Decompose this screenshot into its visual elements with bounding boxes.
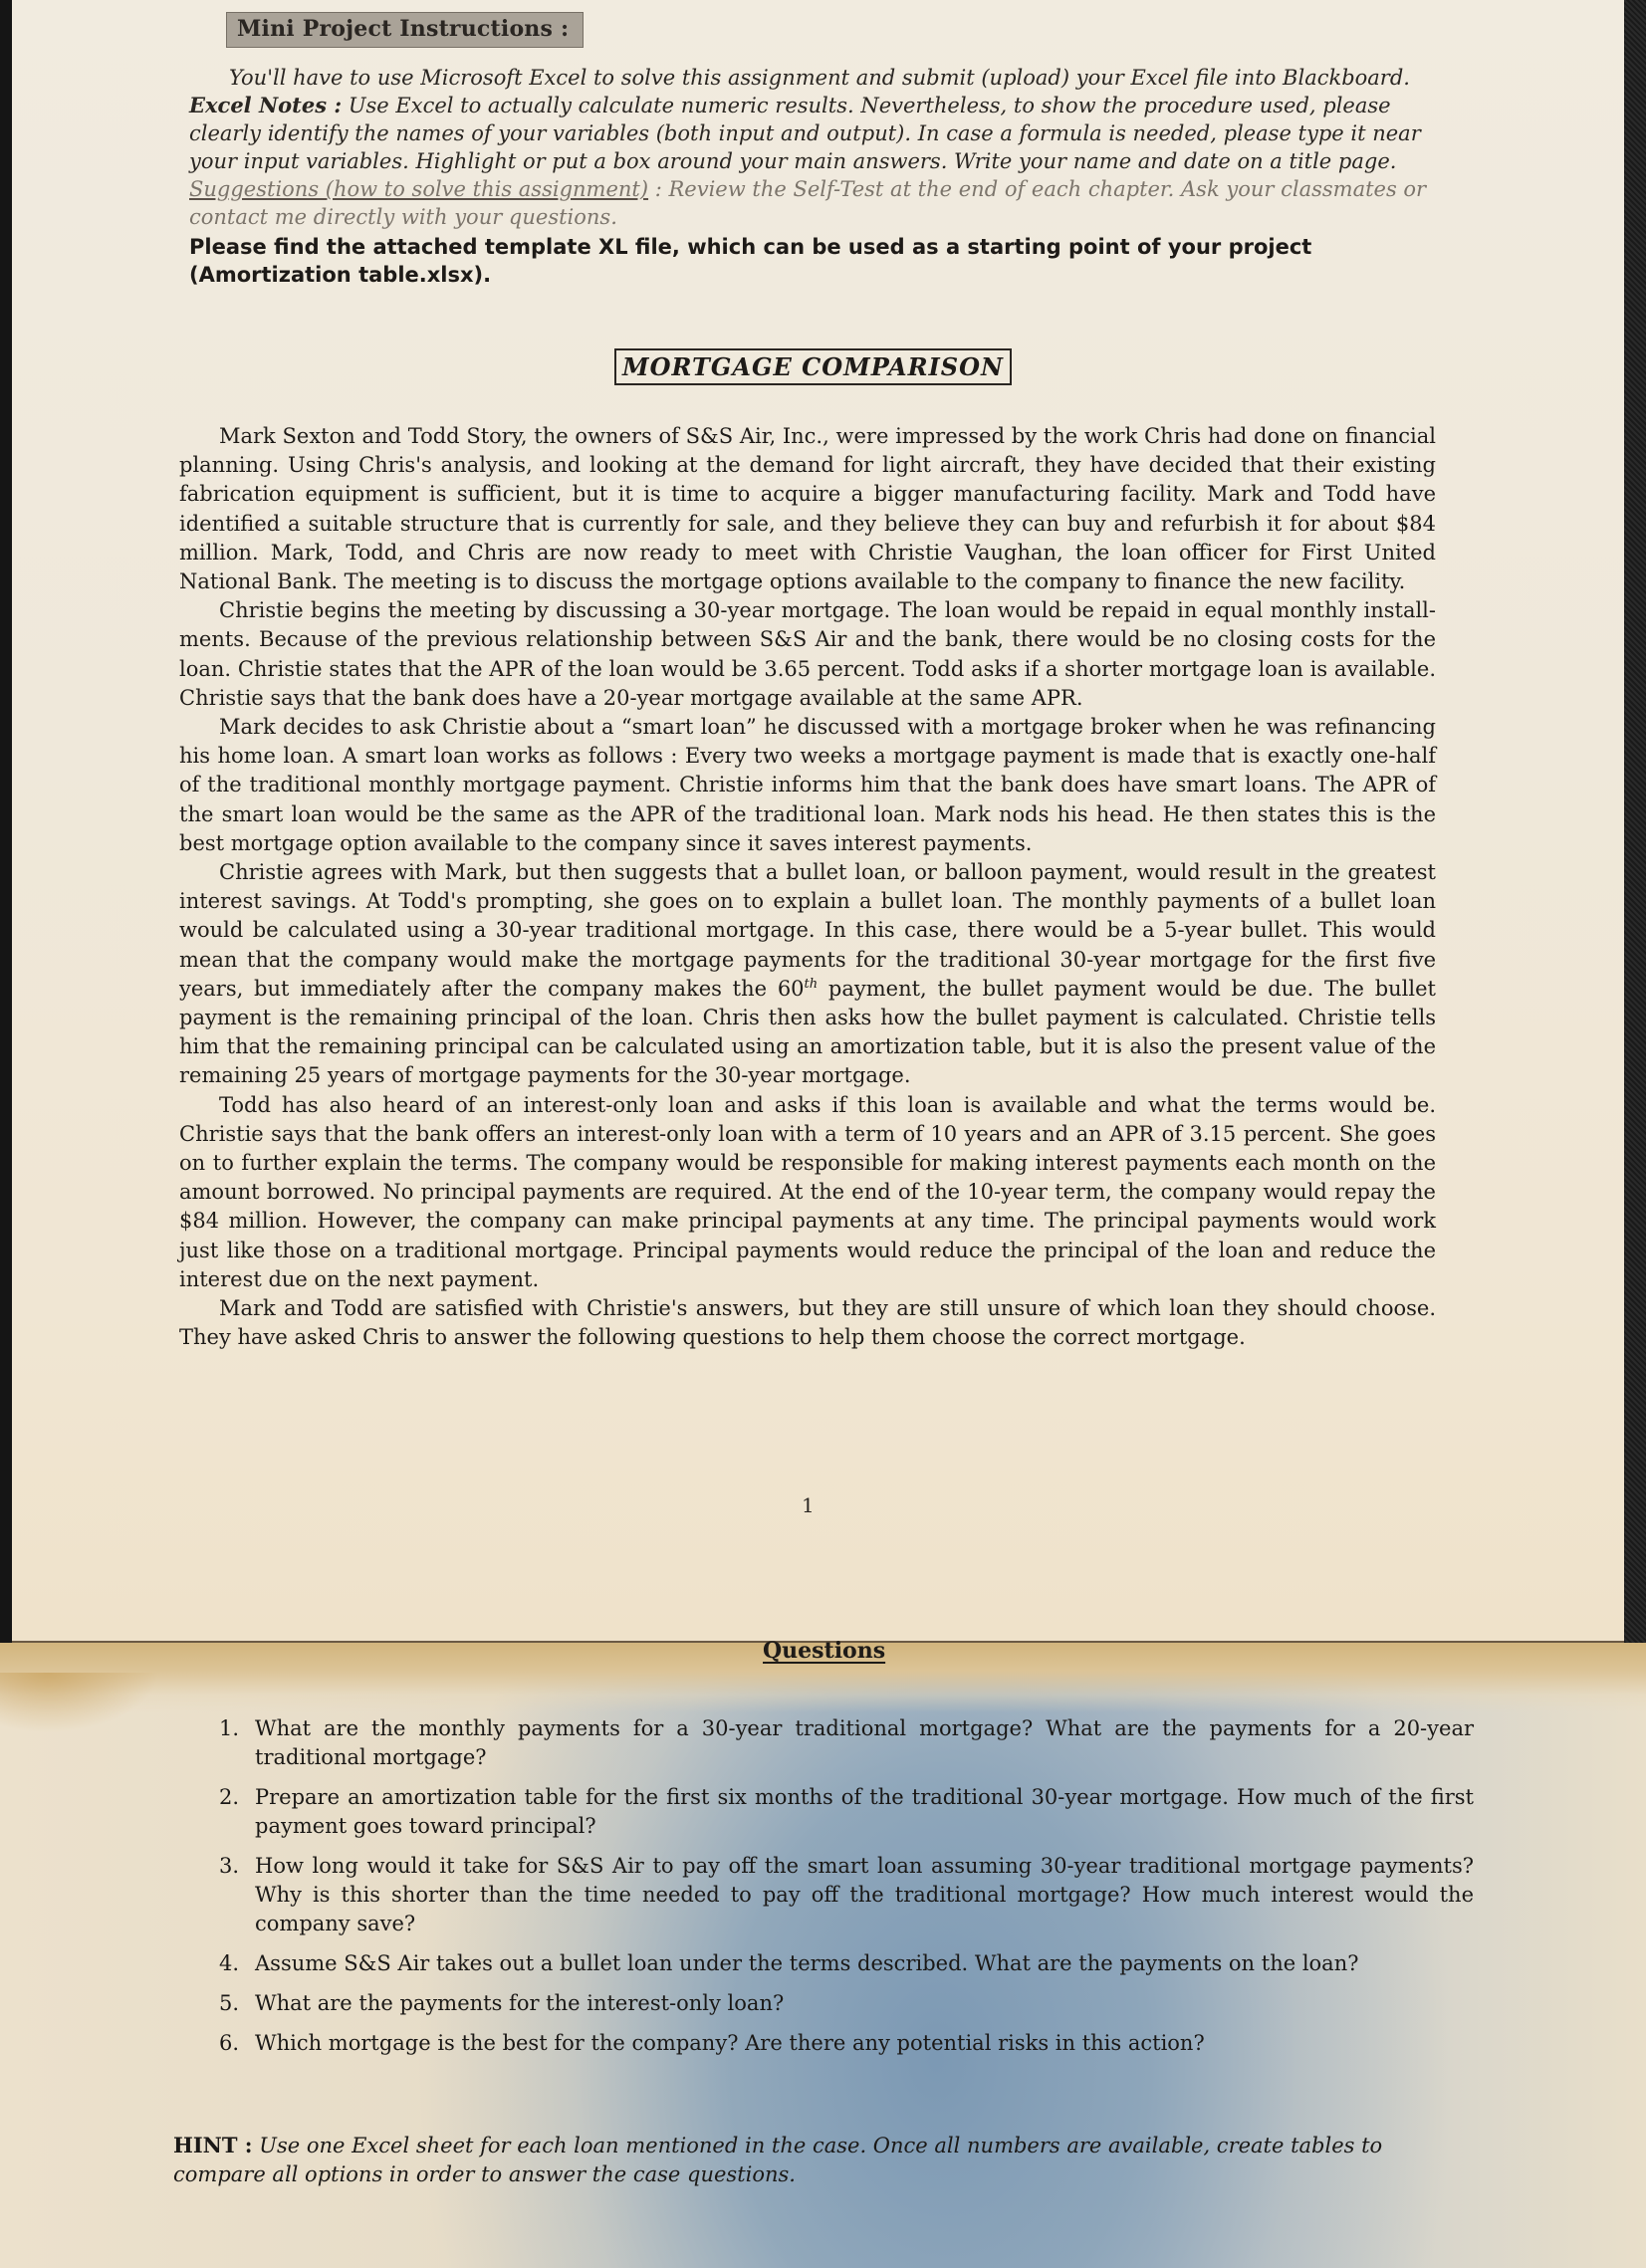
case-paragraph: Mark and Todd are satisfied with Christi… xyxy=(179,1294,1436,1352)
questions-heading: Questions xyxy=(763,1638,885,1664)
hint-label: HINT : xyxy=(173,2133,253,2157)
question-item: 4. Assume S&S Air takes out a bullet loa… xyxy=(219,1949,1474,1978)
question-text: What are the monthly payments for a 30-y… xyxy=(255,1714,1474,1772)
case-paragraph: Todd has also heard of an interest-only … xyxy=(179,1091,1436,1294)
question-item: 6. Which mortgage is the best for the co… xyxy=(219,2029,1474,2058)
question-text: Which mortgage is the best for the compa… xyxy=(255,2029,1474,2058)
question-text: Prepare an amortization table for the fi… xyxy=(255,1783,1474,1841)
case-paragraph: Christie begins the meeting by discussin… xyxy=(179,596,1436,713)
background-right-edge xyxy=(1624,0,1646,1643)
question-number: 2. xyxy=(219,1783,255,1841)
hint-block: HINT : Use one Excel sheet for each loan… xyxy=(173,2131,1468,2189)
excel-notes-text: Use Excel to actually calculate numeric … xyxy=(189,94,1421,173)
hint-text: Use one Excel sheet for each loan mentio… xyxy=(173,2134,1382,2186)
instructions-line-1: You'll have to use Microsoft Excel to so… xyxy=(189,64,1434,92)
template-note: Please find the attached template XL fil… xyxy=(189,233,1434,289)
question-number: 3. xyxy=(219,1852,255,1938)
background-left-edge xyxy=(0,0,12,1643)
question-text: How long would it take for S&S Air to pa… xyxy=(255,1852,1474,1938)
suggestions-label: Suggestions (how to solve this assignmen… xyxy=(189,177,648,201)
question-item: 1. What are the monthly payments for a 3… xyxy=(219,1714,1474,1772)
question-text: What are the payments for the interest-o… xyxy=(255,1989,1474,2018)
page-number: 1 xyxy=(802,1493,815,1517)
question-number: 5. xyxy=(219,1989,255,2018)
question-number: 6. xyxy=(219,2029,255,2058)
question-text: Assume S&S Air takes out a bullet loan u… xyxy=(255,1949,1474,1978)
instructions-header: Mini Project Instructions : xyxy=(226,12,584,48)
instructions-block: You'll have to use Microsoft Excel to so… xyxy=(189,64,1434,289)
ordinal-suffix: th xyxy=(805,977,819,992)
question-item: 2. Prepare an amortization table for the… xyxy=(219,1783,1474,1841)
question-number: 1. xyxy=(219,1714,255,1772)
questions-list: 1. What are the monthly payments for a 3… xyxy=(219,1714,1474,2069)
case-paragraph: Mark Sexton and Todd Story, the owners o… xyxy=(179,422,1436,596)
excel-notes: Excel Notes : Use Excel to actually calc… xyxy=(189,92,1434,175)
case-title: MORTGAGE COMPARISON xyxy=(614,348,1012,385)
case-text: Mark Sexton and Todd Story, the owners o… xyxy=(179,422,1436,1353)
excel-notes-label: Excel Notes : xyxy=(189,93,342,117)
question-number: 4. xyxy=(219,1949,255,1978)
case-paragraph: Mark decides to ask Christie about a “sm… xyxy=(179,713,1436,858)
question-item: 3. How long would it take for S&S Air to… xyxy=(219,1852,1474,1938)
case-paragraph-bullet-loan: Christie agrees with Mark, but then sugg… xyxy=(179,858,1436,1091)
suggestions: Suggestions (how to solve this assignmen… xyxy=(189,175,1434,231)
question-item: 5. What are the payments for the interes… xyxy=(219,1989,1474,2018)
